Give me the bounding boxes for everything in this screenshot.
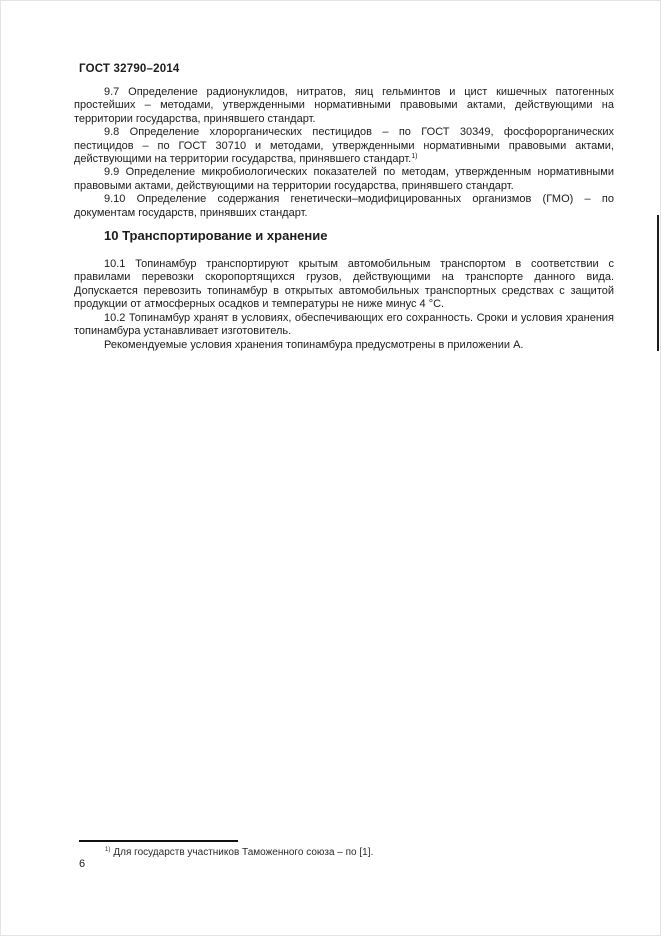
paragraph-9-8-text: 9.8 Определение хлорорганических пестици… [74,126,614,165]
paragraph-9-7: 9.7 Определение радионуклидов, нитратов,… [74,86,614,126]
document-designation: ГОСТ 32790–2014 [79,63,614,77]
paragraph-9-7-text: 9.7 Определение радионуклидов, нитратов,… [74,86,614,125]
paragraph-9-8: 9.8 Определение хлорорганических пестици… [74,126,614,166]
section-10-heading: 10 Транспортирование и хранение [104,229,614,243]
paragraph-10-3: Рекомендуемые условия хранения топинамбу… [74,339,614,352]
footnote-reference: 1) [411,153,417,160]
change-bar [657,215,659,351]
document-page: ГОСТ 32790–2014 9.7 Определение радионук… [0,0,661,936]
paragraph-10-3-text: Рекомендуемые условия хранения топинамбу… [104,339,523,351]
paragraph-9-10-text: 9.10 Определение содержания генетически–… [74,193,614,218]
paragraph-9-9-text: 9.9 Определение микробиологических показ… [74,166,614,191]
paragraph-9-9: 9.9 Определение микробиологических показ… [74,166,614,193]
paragraph-10-1-text: 10.1 Топинамбур транспортируют крытым ав… [74,258,614,310]
footnote-text: Для государств участников Таможенного со… [113,847,373,858]
page-number: 6 [79,858,85,870]
paragraph-10-1: 10.1 Топинамбур транспортируют крытым ав… [74,258,614,312]
paragraph-9-10: 9.10 Определение содержания генетически–… [74,193,614,220]
paragraph-10-2-text: 10.2 Топинамбур хранят в условиях, обесп… [74,312,614,337]
footnote-marker: 1) [105,847,110,853]
paragraph-10-2: 10.2 Топинамбур хранят в условиях, обесп… [74,312,614,339]
footnote-rule [79,840,238,842]
footnote: 1)Для государств участников Таможенного … [105,847,373,859]
document-content: ГОСТ 32790–2014 9.7 Определение радионук… [74,63,614,352]
